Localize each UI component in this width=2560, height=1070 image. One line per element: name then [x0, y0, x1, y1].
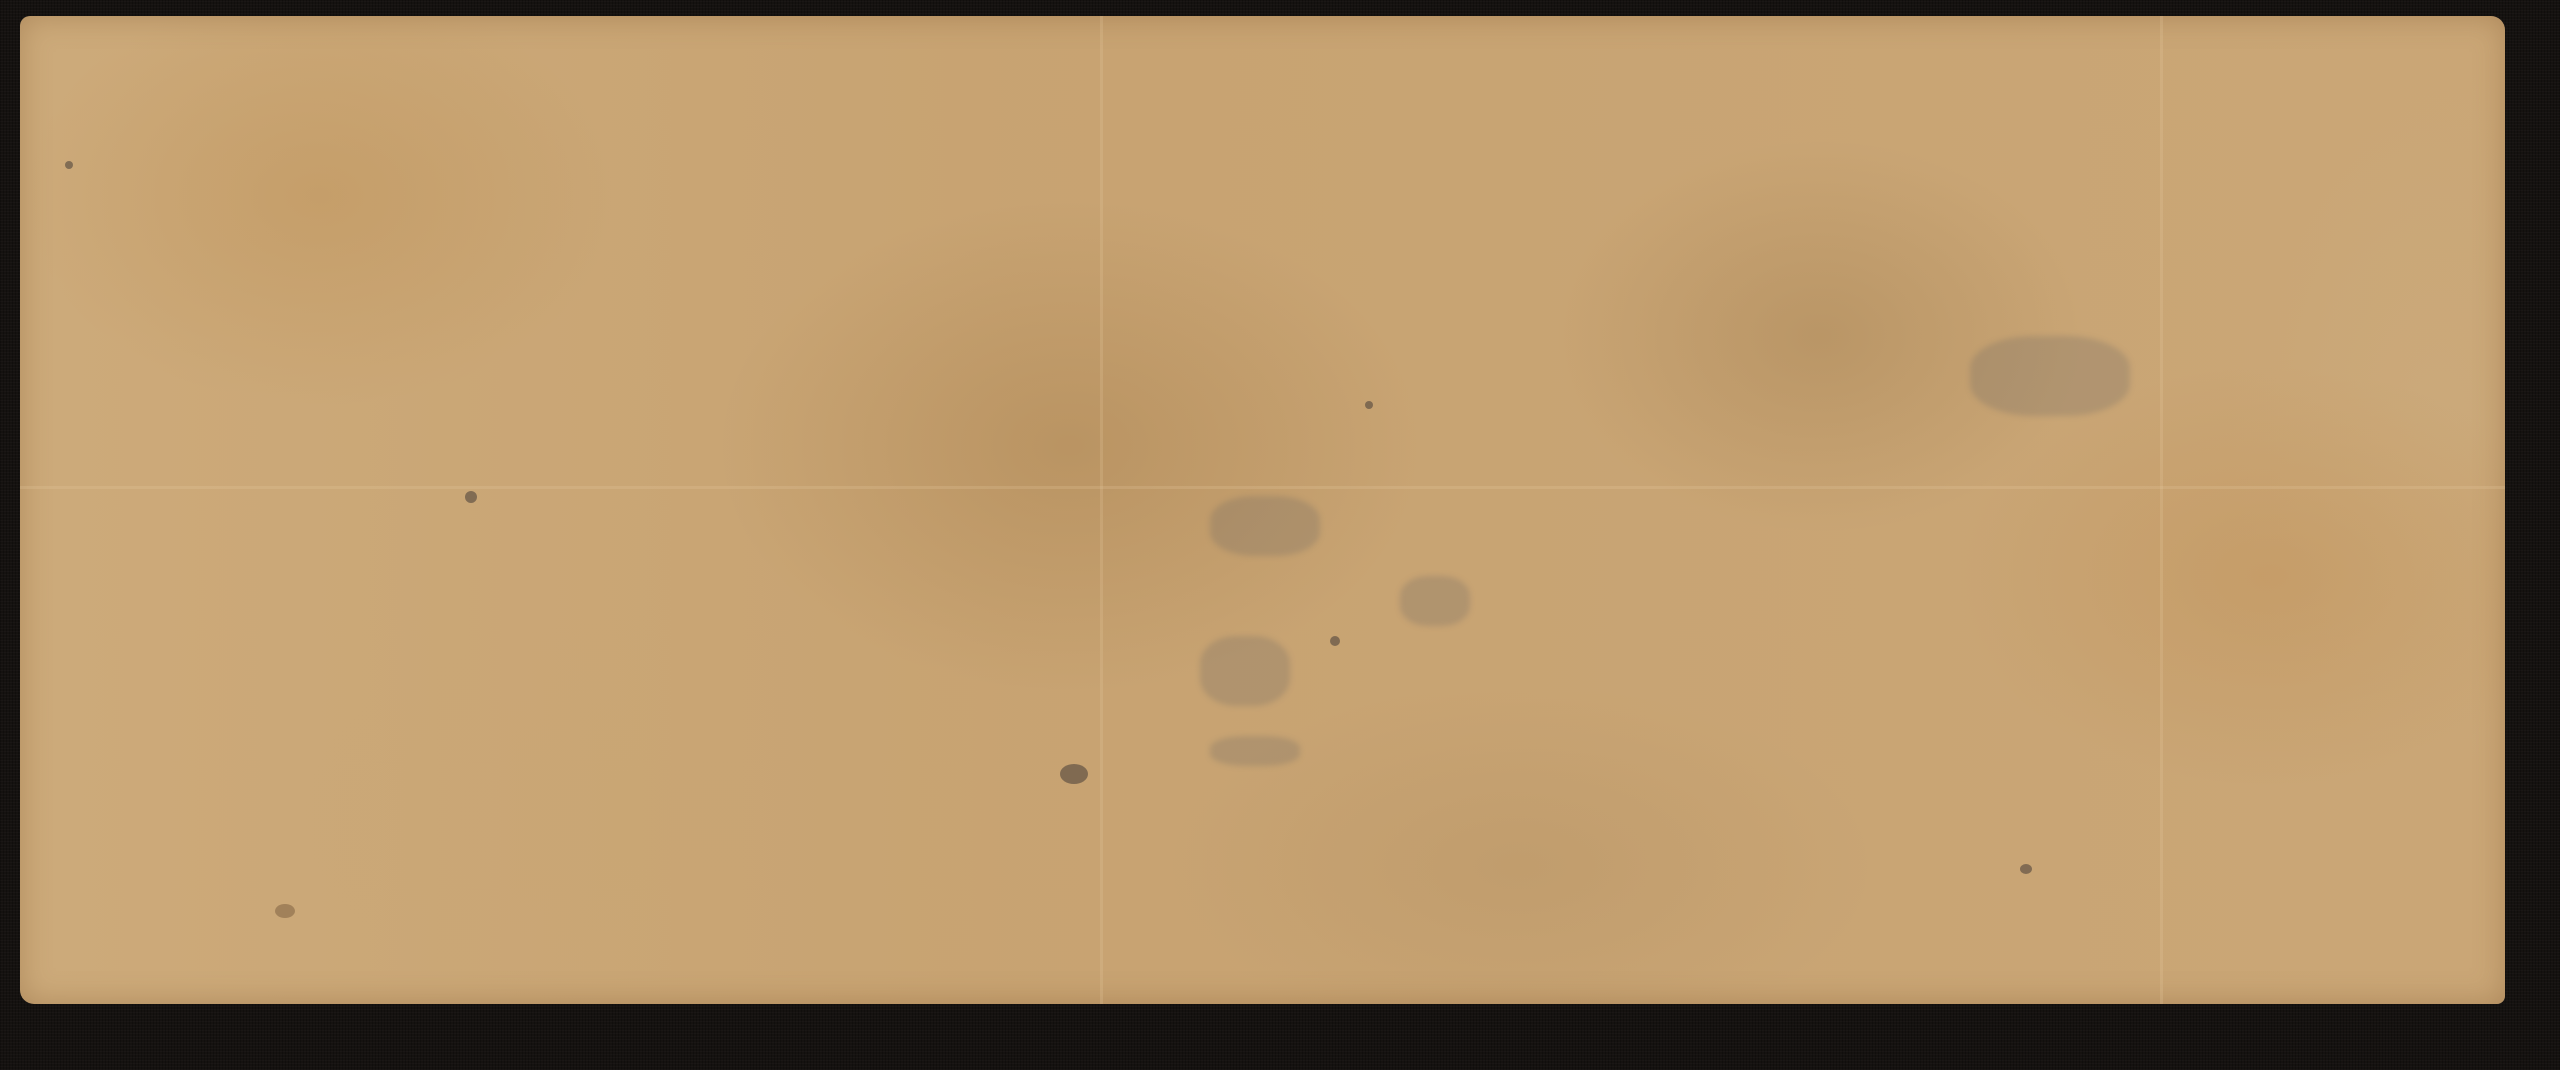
dark-spot — [465, 491, 477, 503]
ink-bleed-mark — [1400, 576, 1470, 626]
fold-crease-horizontal — [20, 486, 2505, 489]
ink-bleed-mark — [1970, 336, 2130, 416]
fold-crease-vertical — [2160, 16, 2163, 1004]
ink-bleed-mark — [1210, 736, 1300, 766]
dark-spot — [2020, 864, 2032, 874]
dark-spot — [1365, 401, 1373, 409]
aged-paper-note — [20, 16, 2505, 1004]
dark-spot — [65, 161, 73, 169]
dark-spot — [1060, 764, 1088, 784]
fold-crease-vertical — [1100, 16, 1103, 1004]
ink-bleed-mark — [1200, 636, 1290, 706]
dark-spot — [1330, 636, 1340, 646]
dark-spot — [275, 904, 295, 918]
ink-bleed-mark — [1210, 496, 1320, 556]
